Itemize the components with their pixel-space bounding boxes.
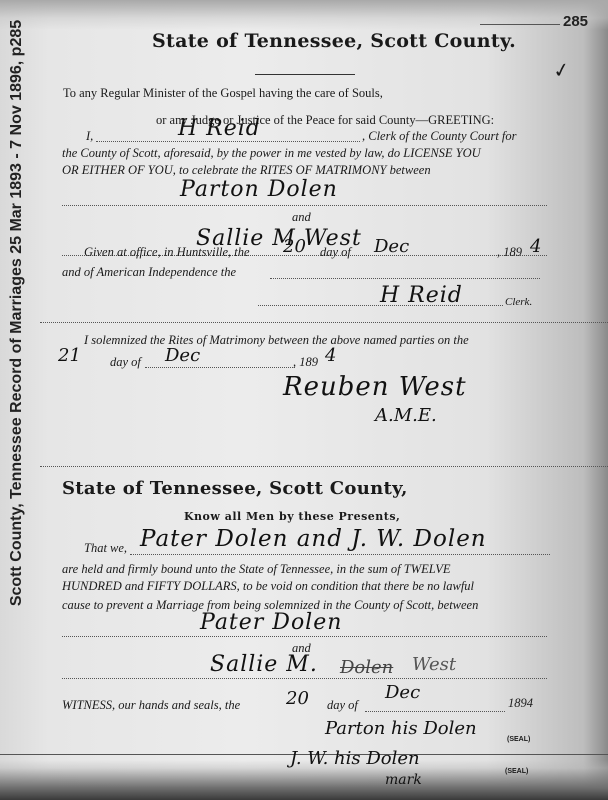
clerk-name-line — [96, 141, 360, 142]
that-we-label: That we, — [84, 541, 127, 556]
obligors-line — [130, 554, 550, 555]
officiant-signature: Reuben West — [283, 372, 467, 402]
bond-title: State of Tennessee, Scott County, — [62, 478, 408, 499]
witness-day-handwritten: 20 — [286, 688, 309, 709]
license-title: State of Tennessee, Scott County. — [152, 30, 516, 52]
greeting-line-1: To any Regular Minister of the Gospel ha… — [63, 86, 383, 101]
bond-line-2: are held and firmly bound unto the State… — [62, 562, 451, 577]
independence-line — [270, 278, 540, 279]
witness-year: 1894 — [508, 696, 533, 711]
license-body-line-3: OR EITHER OF YOU, to celebrate the RITES… — [62, 163, 431, 178]
mark-label: mark — [385, 772, 422, 788]
solemnization-day-handwritten: 21 — [58, 345, 81, 366]
given-year-handwritten: 4 — [530, 236, 541, 257]
clerk-name-handwritten: H Reid — [178, 116, 261, 141]
bond-bride-first: Sallie M. — [210, 652, 318, 677]
given-month-handwritten: Dec — [374, 236, 409, 257]
solemnization-day-of: day of — [110, 355, 141, 370]
solemnization-year-prefix: , 189 — [293, 355, 318, 370]
witness-text: WITNESS, our hands and seals, the — [62, 698, 240, 713]
seal-label-1: (SEAL) — [507, 736, 530, 743]
signature-1: Parton his Dolen — [325, 718, 477, 739]
i-label: I, — [86, 129, 93, 144]
scan-top-shading — [0, 0, 608, 30]
clerk-label: Clerk. — [505, 296, 532, 308]
witness-month-handwritten: Dec — [385, 682, 420, 703]
bond-bride-struck-surname: Dolen — [340, 657, 393, 678]
license-body-line-2: the County of Scott, aforesaid, by the p… — [62, 146, 481, 161]
solemnization-month-handwritten: Dec — [165, 345, 200, 366]
section-divider-1 — [40, 322, 608, 323]
officiant-title: A.M.E. — [375, 405, 437, 426]
record-caption: Scott County, Tennessee Record of Marria… — [4, 6, 30, 620]
header-rule — [480, 24, 560, 25]
bond-subtitle: Know all Men by these Presents, — [184, 510, 400, 523]
seal-label-2: (SEAL) — [505, 768, 528, 775]
bond-groom-line — [62, 636, 547, 637]
signature-2: J. W. his Dolen — [290, 748, 420, 769]
bond-line-3: HUNDRED and FIFTY DOLLARS, to be void on… — [62, 579, 474, 594]
bond-bride-corrected-surname: West — [412, 654, 456, 675]
solemnization-text: I solemnized the Rites of Matrimony betw… — [84, 333, 469, 348]
solemnization-date-line — [145, 367, 295, 368]
obligors-handwritten: Pater Dolen and J. W. Dolen — [140, 526, 487, 552]
check-mark-icon: ✓ — [551, 57, 572, 84]
given-at-office-text: Given at office, in Huntsville, the — [84, 245, 250, 260]
and-label: and — [292, 210, 311, 225]
independence-text: and of American Independence the — [62, 265, 236, 280]
given-day-handwritten: 20 — [283, 236, 306, 257]
title-underline — [255, 74, 355, 75]
groom-line — [62, 205, 547, 206]
page-number: 285 — [563, 13, 588, 30]
groom-name-handwritten: Parton Dolen — [180, 177, 338, 202]
clerk-of-court-text: , Clerk of the County Court for — [362, 129, 517, 144]
witness-date-line — [365, 711, 505, 712]
clerk-signature-line — [258, 305, 503, 306]
bond-groom-handwritten: Pater Dolen — [200, 610, 342, 635]
given-year-prefix: , 189 — [497, 245, 522, 260]
given-day-of: day of — [320, 245, 351, 260]
section-divider-2 — [40, 466, 608, 467]
witness-day-of: day of — [327, 698, 358, 713]
solemnization-year-handwritten: 4 — [325, 345, 336, 366]
bond-bride-line — [62, 678, 547, 679]
